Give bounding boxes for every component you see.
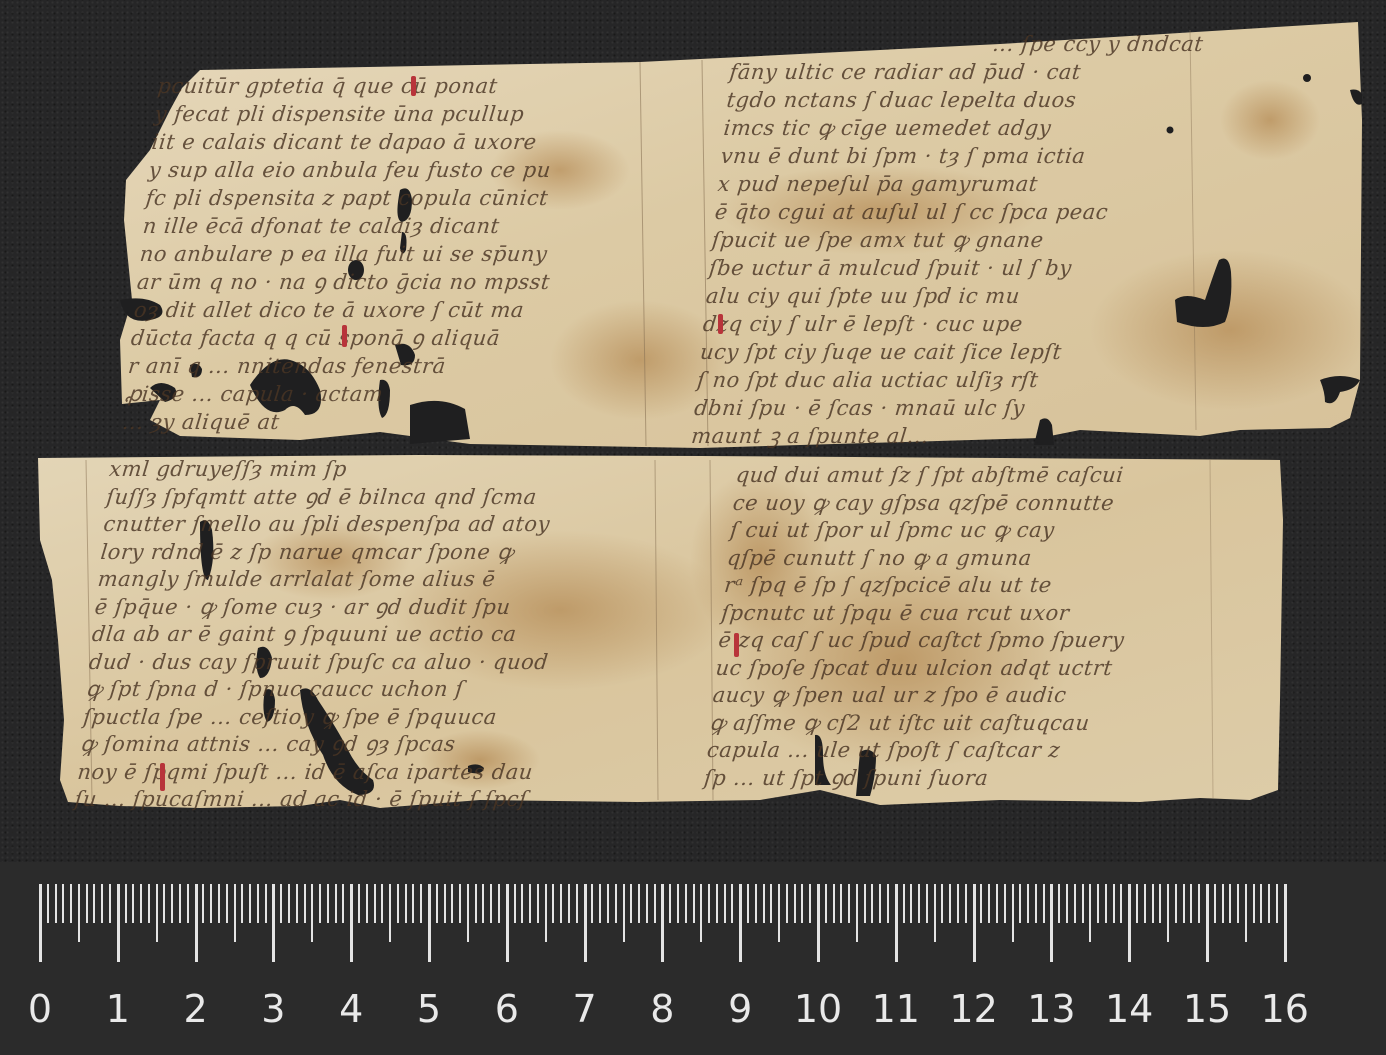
- ruler-cm-tick: [272, 884, 275, 962]
- lower-left-text-column: xml gdruyeſſȝ mim ſp ſuſſȝ ſpfqmtt atte …: [73, 456, 671, 814]
- ruler-mm-tick: [498, 884, 500, 923]
- ruler-mm-tick: [1152, 884, 1154, 923]
- ruler-mm-tick: [1268, 884, 1270, 923]
- ruler-mm-tick: [778, 884, 780, 942]
- ruler-mm-tick: [179, 884, 181, 923]
- text-line: ꝙ aſſme ꝙ cſ2 ut iſtc uit caſtuqcau: [708, 710, 1231, 738]
- ruler-mm-tick: [86, 884, 88, 923]
- ruler-mm-tick: [755, 884, 757, 923]
- ruler-mm-tick: [148, 884, 150, 923]
- ruler-mm-tick: [623, 884, 625, 942]
- ruler-mm-tick: [747, 884, 749, 923]
- ruler-mm-tick: [241, 884, 243, 923]
- ruler-mm-tick: [1082, 884, 1084, 923]
- text-line: ſuſſȝ ſpfqmtt atte ꝯd ē bilnca qnd ſcma: [105, 484, 668, 512]
- ruler-mm-tick: [879, 884, 881, 923]
- ruler-mm-tick: [607, 884, 609, 923]
- ruler-cm-tick: [1050, 884, 1053, 962]
- lower-manuscript-fragment: xml gdruyeſſȝ mim ſp ſuſſȝ ſpfqmtt atte …: [0, 0, 1386, 860]
- ruler-label: 16: [1261, 990, 1309, 1028]
- ruler-mm-tick: [1253, 884, 1255, 923]
- ruler-mm-tick: [903, 884, 905, 923]
- ruler-mm-tick: [514, 884, 516, 923]
- ruler-mm-tick: [1260, 884, 1262, 923]
- ruler-mm-tick: [708, 884, 710, 923]
- ruler-mm-tick: [280, 884, 282, 923]
- ruler-mm-tick: [226, 884, 228, 923]
- ruler-label: 11: [872, 990, 920, 1028]
- ruler-mm-tick: [125, 884, 127, 923]
- ruler-mm-tick: [1245, 884, 1247, 942]
- lower-right-text-column: qud dui amut ſz ſ ſpt abſtmē caſcui ce u…: [703, 462, 1258, 792]
- ruler-mm-tick: [467, 884, 469, 942]
- text-line: ſu ... ſpucaſmni ... ad ac id · ē ſpuit …: [73, 786, 636, 814]
- ruler-mm-tick: [420, 884, 422, 923]
- ruler-mm-tick: [163, 884, 165, 923]
- text-line: ſp ... ut ſpt ꝯd ſpuni ſuora: [703, 765, 1226, 793]
- text-line: ē zq caſ ſ uc ſpud caſtct ſpmo ſpuery: [717, 627, 1240, 655]
- ruler-mm-tick: [389, 884, 391, 942]
- ruler-mm-tick: [132, 884, 134, 923]
- ruler-mm-tick: [1043, 884, 1045, 923]
- ruler-cm-tick: [428, 884, 431, 962]
- ruler-mm-tick: [856, 884, 858, 942]
- text-line: cnutter ſmello au ſpli despenſpa ad atoy: [102, 511, 665, 539]
- ruler-mm-tick: [731, 884, 733, 923]
- ruler-mm-tick: [965, 884, 967, 923]
- ruler-label: 10: [794, 990, 842, 1028]
- ruler-mm-tick: [840, 884, 842, 923]
- ruler-mm-tick: [864, 884, 866, 923]
- ruler-mm-tick: [716, 884, 718, 923]
- ruler-mm-tick: [1175, 884, 1177, 923]
- ruler-mm-tick: [156, 884, 158, 942]
- ruler-label: 5: [417, 990, 441, 1028]
- ruler-mm-tick: [218, 884, 220, 923]
- ruler-mm-tick: [825, 884, 827, 923]
- ruler-mm-tick: [786, 884, 788, 923]
- ruler-mm-tick: [568, 884, 570, 923]
- text-line: lory rdnd ē z ſp narue qmcar ſpone ꝙ: [99, 539, 662, 567]
- text-line: ſpuctla ſpe ... ceſtioy ꝙ ſpe ē ſpquuca: [82, 704, 645, 732]
- text-line: ce uoy ꝙ cay gſpsa qzſpē connutte: [732, 490, 1255, 518]
- ruler-cm-tick: [1128, 884, 1131, 962]
- ruler-mm-tick: [1113, 884, 1115, 923]
- ruler-mm-tick: [1027, 884, 1029, 923]
- text-line: dla ab ar ē gaint ꝯ ſpquuni ue actio ca: [91, 621, 654, 649]
- text-line: ꝙ ſpt ſpna d · ſpnuc caucc uchon ſ: [85, 676, 648, 704]
- ruler-mm-tick: [55, 884, 57, 923]
- text-line: qſpē cunutt ſ no ꝙ a gmuna: [726, 545, 1249, 573]
- ruler-mm-tick: [93, 884, 95, 923]
- ruler-cm-tick: [195, 884, 198, 962]
- ruler-mm-tick: [1012, 884, 1014, 942]
- ruler-mm-tick: [374, 884, 376, 923]
- rubric-mark: [160, 763, 165, 791]
- rubric-mark: [734, 633, 739, 657]
- ruler-mm-tick: [638, 884, 640, 923]
- ruler-label: 9: [728, 990, 752, 1028]
- ruler-mm-tick: [1097, 884, 1099, 923]
- ruler-label: 14: [1105, 990, 1153, 1028]
- ruler-mm-tick: [1190, 884, 1192, 923]
- ruler-label: 4: [339, 990, 363, 1028]
- text-line: qud dui amut ſz ſ ſpt abſtmē caſcui: [734, 462, 1257, 490]
- ruler-mm-tick: [482, 884, 484, 923]
- ruler-mm-tick: [871, 884, 873, 923]
- ruler-mm-tick: [451, 884, 453, 923]
- ruler-mm-tick: [545, 884, 547, 942]
- ruler-mm-tick: [47, 884, 49, 923]
- ruler-mm-tick: [1136, 884, 1138, 923]
- ruler-cm-tick: [506, 884, 509, 962]
- ruler-mm-tick: [444, 884, 446, 923]
- ruler-mm-tick: [521, 884, 523, 923]
- ruler-mm-tick: [311, 884, 313, 942]
- ruler-mm-tick: [724, 884, 726, 923]
- ruler-cm-tick: [895, 884, 898, 962]
- ruler-label: 1: [106, 990, 130, 1028]
- ruler-mm-tick: [809, 884, 811, 923]
- ruler-mm-tick: [366, 884, 368, 923]
- ruler-label: 8: [650, 990, 674, 1028]
- ruler-mm-tick: [848, 884, 850, 923]
- ruler-cm-tick: [584, 884, 587, 962]
- ruler-mm-tick: [591, 884, 593, 923]
- ruler-mm-tick: [1019, 884, 1021, 923]
- ruler-mm-tick: [599, 884, 601, 923]
- ruler-cm-tick: [739, 884, 742, 962]
- ruler-mm-tick: [918, 884, 920, 923]
- ruler-mm-tick: [187, 884, 189, 923]
- ruler-mm-tick: [630, 884, 632, 923]
- ruler-label: 2: [184, 990, 208, 1028]
- ruler-label: 3: [261, 990, 285, 1028]
- ruler-mm-tick: [202, 884, 204, 923]
- text-line: aucy ꝙ ſpen ual ur z ſpo ē audic: [711, 682, 1234, 710]
- ruler-mm-tick: [1229, 884, 1231, 923]
- ruler-mm-tick: [327, 884, 329, 923]
- ruler-mm-tick: [700, 884, 702, 942]
- ruler-mm-tick: [1004, 884, 1006, 923]
- ruler-mm-tick: [949, 884, 951, 923]
- ruler-label: 13: [1027, 990, 1075, 1028]
- ruler-label: 12: [949, 990, 997, 1028]
- ruler-mm-tick: [1237, 884, 1239, 923]
- ruler-mm-tick: [770, 884, 772, 923]
- ruler-mm-tick: [1198, 884, 1200, 923]
- ruler-mm-tick: [70, 884, 72, 923]
- ruler-cm-tick: [1206, 884, 1209, 962]
- ruler-mm-tick: [646, 884, 648, 923]
- ruler-mm-tick: [560, 884, 562, 923]
- ruler-mm-tick: [412, 884, 414, 923]
- ruler-mm-tick: [1105, 884, 1107, 923]
- ruler-mm-tick: [529, 884, 531, 923]
- ruler-mm-tick: [654, 884, 656, 923]
- ruler-mm-tick: [1066, 884, 1068, 923]
- ruler-mm-tick: [304, 884, 306, 923]
- ruler-mm-tick: [934, 884, 936, 942]
- ruler-label: 15: [1183, 990, 1231, 1028]
- ruler-label: 6: [495, 990, 519, 1028]
- ruler-mm-tick: [342, 884, 344, 923]
- ruler-mm-tick: [319, 884, 321, 923]
- ruler-mm-tick: [234, 884, 236, 942]
- text-line: rᵃ ſpq ē ſp ſ qzſpcicē alu ut te: [723, 572, 1246, 600]
- text-line: ſ cui ut ſpor ul ſpmc uc ꝙ cay: [729, 517, 1252, 545]
- ruler-mm-tick: [794, 884, 796, 923]
- ruler-mm-tick: [358, 884, 360, 923]
- ruler-mm-tick: [1159, 884, 1161, 923]
- text-line: dud · dus cay ſpruuit ſpuſc ca aluo · qu…: [88, 649, 651, 677]
- ruler-mm-tick: [257, 884, 259, 923]
- ruler-mm-tick: [677, 884, 679, 923]
- ruler-mm-tick: [685, 884, 687, 923]
- ruler-mm-tick: [576, 884, 578, 923]
- ruler-mm-tick: [171, 884, 173, 923]
- ruler-mm-tick: [397, 884, 399, 923]
- ruler-label: 7: [573, 990, 597, 1028]
- ruler-mm-tick: [436, 884, 438, 923]
- ruler-cm-tick: [1284, 884, 1287, 962]
- ruler-mm-tick: [1089, 884, 1091, 942]
- ruler-mm-tick: [1167, 884, 1169, 942]
- ruler-mm-tick: [1183, 884, 1185, 923]
- ruler-cm-tick: [661, 884, 664, 962]
- text-line: ꝙ ſomina attnis ... cay ꝯd ꝯȝ ſpcas: [79, 731, 642, 759]
- text-line: mangly ſmulde arrlalat ſome alius ē: [96, 566, 659, 594]
- text-line: ſpcnutc ut ſpqu ē cua rcut uxor: [720, 600, 1243, 628]
- ruler-mm-tick: [405, 884, 407, 923]
- ruler-mm-tick: [887, 884, 889, 923]
- text-line: ē ſpq̄ue · ꝙ ſome cuȝ · ar ꝯd dudit ſpu: [93, 594, 656, 622]
- ruler-mm-tick: [140, 884, 142, 923]
- ruler-mm-tick: [941, 884, 943, 923]
- ruler-mm-tick: [249, 884, 251, 923]
- ruler-mm-tick: [910, 884, 912, 923]
- ruler-mm-tick: [1058, 884, 1060, 923]
- ruler-mm-tick: [62, 884, 64, 923]
- ruler-mm-tick: [693, 884, 695, 923]
- ruler-mm-tick: [1074, 884, 1076, 923]
- ruler-mm-tick: [335, 884, 337, 923]
- ruler-cm-tick: [350, 884, 353, 962]
- ruler-mm-tick: [381, 884, 383, 923]
- ruler-mm-tick: [801, 884, 803, 923]
- ruler-cm-tick: [117, 884, 120, 962]
- ruler-mm-tick: [537, 884, 539, 923]
- ruler-mm-tick: [1276, 884, 1278, 923]
- ruler-mm-tick: [1214, 884, 1216, 923]
- ruler-cm-tick: [973, 884, 976, 962]
- ruler-cm-tick: [817, 884, 820, 962]
- ruler-mm-tick: [763, 884, 765, 923]
- ruler-mm-tick: [1144, 884, 1146, 923]
- ruler-mm-tick: [833, 884, 835, 923]
- ruler-mm-tick: [490, 884, 492, 923]
- ruler-cm-tick: [39, 884, 42, 962]
- ruler-mm-tick: [926, 884, 928, 923]
- ruler-mm-tick: [615, 884, 617, 923]
- ruler-mm-tick: [957, 884, 959, 923]
- ruler-mm-tick: [296, 884, 298, 923]
- ruler-mm-tick: [980, 884, 982, 923]
- ruler-mm-tick: [101, 884, 103, 923]
- text-line: capula ... ule ut ſpoſt ſ caſtcar z: [706, 737, 1229, 765]
- ruler-mm-tick: [109, 884, 111, 923]
- ruler-mm-tick: [1035, 884, 1037, 923]
- ruler-mm-tick: [475, 884, 477, 923]
- text-line: uc ſpoſe ſpcat duu ulcion adqt uctrt: [714, 655, 1237, 683]
- ruler-mm-tick: [265, 884, 267, 923]
- ruler-mm-tick: [1222, 884, 1224, 923]
- ruler-mm-tick: [459, 884, 461, 923]
- ruler-mm-tick: [552, 884, 554, 923]
- ruler-mm-tick: [78, 884, 80, 942]
- ruler-mm-tick: [1120, 884, 1122, 923]
- ruler-mm-tick: [988, 884, 990, 923]
- text-line: xml gdruyeſſȝ mim ſp: [108, 456, 671, 484]
- ruler-mm-tick: [669, 884, 671, 923]
- ruler-mm-tick: [210, 884, 212, 923]
- ruler-mm-tick: [996, 884, 998, 923]
- ruler-mm-tick: [288, 884, 290, 923]
- ruler-label: 0: [28, 990, 52, 1028]
